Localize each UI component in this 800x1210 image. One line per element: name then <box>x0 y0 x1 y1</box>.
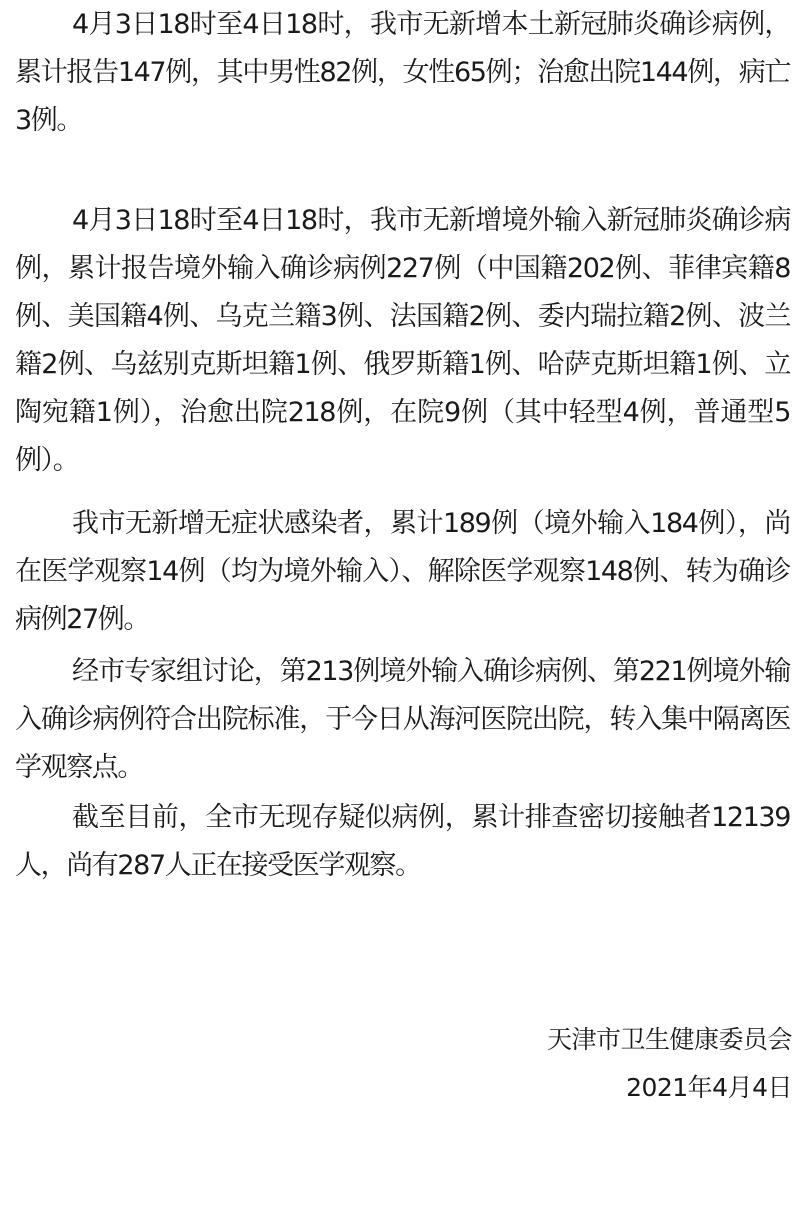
signature-organization: 天津市卫生健康委员会 <box>547 1016 792 1064</box>
paragraph-discharge: 经市专家组讨论，第213例境外输入确诊病例、第221例境外输入确诊病例符合出院标… <box>15 648 790 792</box>
signature-block: 天津市卫生健康委员会 2021年4月4日 <box>547 1016 792 1112</box>
signature-date: 2021年4月4日 <box>547 1064 792 1112</box>
paragraph-local-cases: 4月3日18时至4日18时，我市无新增本土新冠肺炎确诊病例，累计报告147例，其… <box>15 1 790 145</box>
paragraph-close-contacts: 截至目前，全市无现存疑似病例，累计排查密切接触者12139人，尚有287人正在接… <box>15 794 790 890</box>
paragraph-imported-cases: 4月3日18时至4日18时，我市无新增境外输入新冠肺炎确诊病例，累计报告境外输入… <box>15 197 790 485</box>
paragraph-asymptomatic: 我市无新增无症状感染者，累计189例（境外输入184例），尚在医学观察14例（均… <box>15 500 790 644</box>
